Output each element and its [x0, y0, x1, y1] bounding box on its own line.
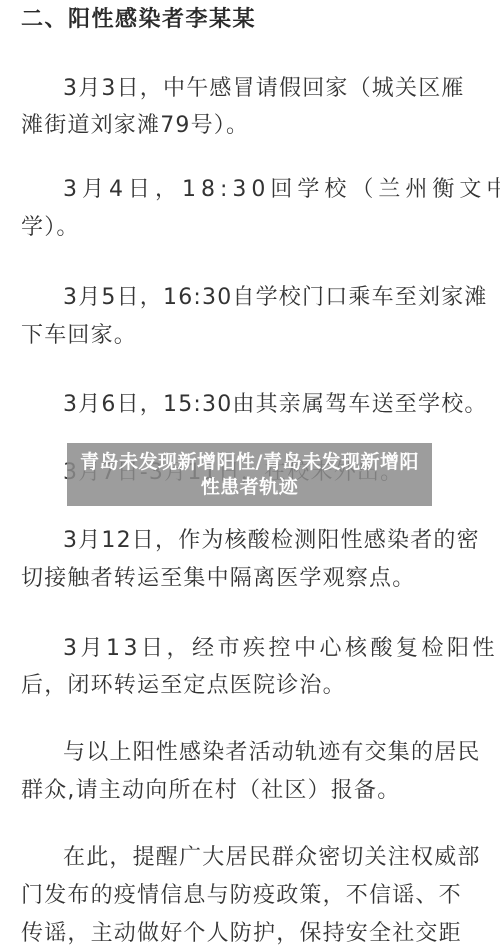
- paragraph-line: 3月3日，中午感冒请假回家（城关区雁: [63, 74, 465, 104]
- paragraph-line: 3月6日，15:30由其亲属驾车送至学校。: [63, 390, 488, 420]
- paragraph-line: 传谣，主动做好个人防护，保持安全社交距: [21, 919, 462, 949]
- paragraph-line: 切接触者转运至集中隔离医学观察点。: [21, 564, 415, 594]
- paragraph-line: 3月13日，经市疾控中心核酸复检阳性: [63, 634, 498, 664]
- paragraph-line: 与以上阳性感染者活动轨迹有交集的居民: [63, 738, 481, 768]
- section-heading: 二、阳性感染者李某某: [21, 5, 256, 35]
- paragraph-line: 学）。: [21, 213, 80, 243]
- caption-overlay: 青岛未发现新增阳性/青岛未发现新增阳性患者轨迹: [67, 443, 432, 506]
- paragraph-line: 滩街道刘家滩79号）。: [21, 111, 249, 141]
- paragraph-line: 后，闭环转运至定点医院诊治。: [21, 671, 346, 701]
- paragraph-line: 在此，提醒广大居民群众密切关注权威部: [63, 843, 481, 873]
- paragraph-line: 门发布的疫情信息与防疫政策，不信谣、不: [21, 881, 462, 911]
- paragraph-line: 群众,请主动向所在村（社区）报备。: [21, 776, 400, 806]
- paragraph-line: 3月4日，18:30回学校（兰州衡文中: [63, 175, 500, 205]
- paragraph-line: 3月12日，作为核酸检测阳性感染者的密: [63, 526, 480, 556]
- paragraph-line: 3月5日，16:30自学校门口乘车至刘家滩: [63, 283, 488, 313]
- caption-text: 青岛未发现新增阳性/青岛未发现新增阳性患者轨迹: [80, 450, 420, 500]
- paragraph-line: 下车回家。: [21, 321, 137, 351]
